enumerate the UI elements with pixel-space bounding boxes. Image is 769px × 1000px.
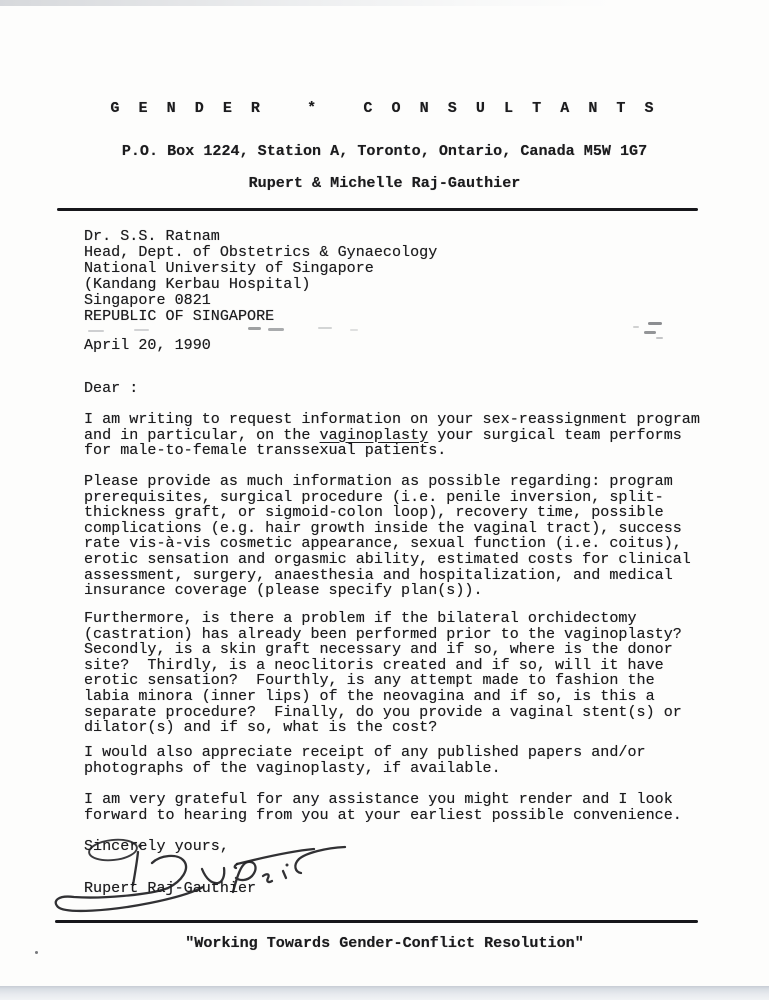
smudge-mark [656, 337, 663, 339]
footer-divider [55, 920, 698, 923]
smudge-mark [88, 330, 104, 332]
smudge-mark [350, 329, 358, 331]
recipient-address: Dr. S.S. Ratnam Head, Dept. of Obstetric… [84, 228, 437, 324]
scan-edge-bottom [0, 986, 769, 1000]
body-paragraph-4: I would also appreciate receipt of any p… [84, 745, 732, 776]
footer-slogan: "Working Towards Gender-Conflict Resolut… [0, 936, 769, 952]
smudge-mark [268, 328, 284, 331]
handwritten-signature [40, 835, 360, 920]
flourish-stroke [235, 849, 314, 868]
smudge-mark [134, 329, 149, 331]
signature-scrawl [56, 844, 345, 911]
scan-edge-top [0, 0, 769, 6]
smudge-mark [648, 322, 662, 325]
smudge-mark [644, 331, 656, 334]
smudge-mark [633, 326, 639, 328]
body-paragraph-3: Furthermore, is there a problem if the b… [84, 611, 732, 736]
letter-page: G E N D E R * C O N S U L T A N T S P.O.… [0, 0, 769, 1000]
letterhead-address: P.O. Box 1224, Station A, Toronto, Ontar… [0, 144, 769, 160]
salutation: Dear : [84, 381, 138, 397]
smudge-mark [248, 327, 261, 330]
letterhead-principals: Rupert & Michelle Raj-Gauthier [0, 176, 769, 192]
body-paragraph-2: Please provide as much information as po… [84, 474, 732, 599]
letterhead-org-name: G E N D E R * C O N S U L T A N T S [0, 101, 769, 117]
sincerely-circle-mark [88, 838, 138, 863]
smudge-mark [318, 327, 332, 329]
date-line: April 20, 1990 [84, 338, 211, 354]
letterhead-divider [57, 208, 698, 211]
body-paragraph-5: I am very grateful for any assistance yo… [84, 792, 732, 823]
body-paragraph-1: I am writing to request information on y… [84, 412, 732, 459]
